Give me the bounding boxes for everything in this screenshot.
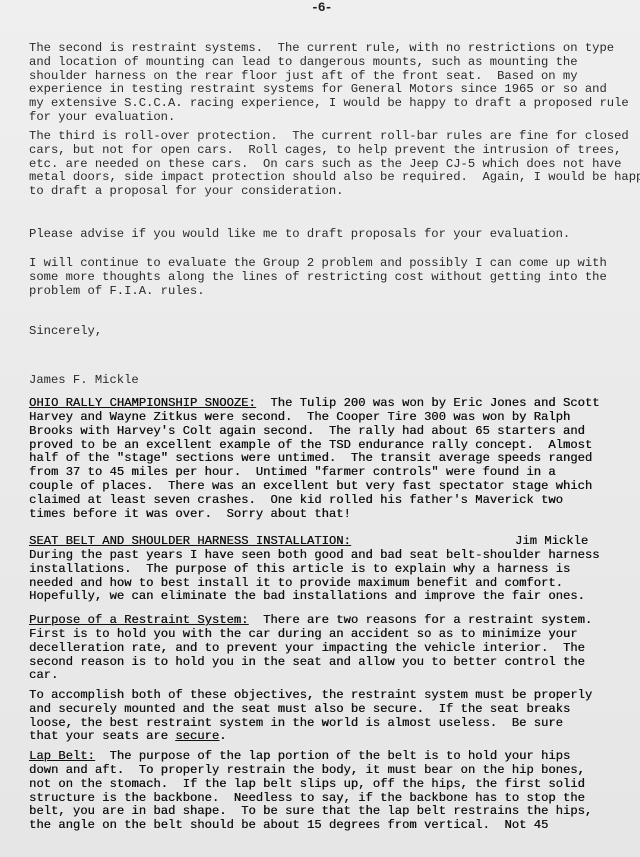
secure-emphasis: secure bbox=[175, 729, 219, 743]
ohio-rally-section: OHIO RALLY CHAMPIONSHIP SNOOZE: The Tuli… bbox=[29, 397, 599, 411]
lap-belt-body: down and aft. To properly restrain the b… bbox=[29, 764, 592, 833]
ohio-rally-body: Harvey and Wayne Zitkus were second. The… bbox=[29, 411, 592, 521]
lap-belt-first-line: The purpose of the lap portion of the be… bbox=[95, 749, 570, 763]
ohio-rally-first-line: The Tulip 200 was won by Eric Jones and … bbox=[256, 396, 600, 410]
purpose-section: Purpose of a Restraint System: There are… bbox=[29, 614, 592, 628]
lap-belt-section: Lap Belt: The purpose of the lap portion… bbox=[29, 750, 570, 764]
accomplish-text: To accomplish both of these objectives, … bbox=[29, 688, 592, 743]
letter-signature: James F. Mickle bbox=[29, 374, 139, 388]
accomplish-end: . bbox=[219, 729, 226, 743]
letter-paragraph-rollover: The third is roll-over protection. The c… bbox=[29, 130, 640, 199]
purpose-body: First is to hold you with the car during… bbox=[29, 628, 585, 683]
ohio-rally-heading: OHIO RALLY CHAMPIONSHIP SNOOZE: bbox=[29, 396, 256, 410]
purpose-heading: Purpose of a Restraint System: bbox=[29, 613, 248, 627]
accomplish-paragraph: To accomplish both of these objectives, … bbox=[29, 689, 592, 744]
letter-paragraph-advise: Please advise if you would like me to dr… bbox=[29, 228, 570, 242]
seat-belt-intro: During the past years I have seen both g… bbox=[29, 549, 599, 604]
document-page: -6- The second is restraint systems. The… bbox=[0, 0, 640, 857]
lap-belt-heading: Lap Belt: bbox=[29, 749, 95, 763]
seat-belt-author: Jim Mickle bbox=[515, 535, 588, 549]
letter-paragraph-group2: I will continue to evaluate the Group 2 … bbox=[29, 257, 607, 298]
letter-paragraph-restraint: The second is restraint systems. The cur… bbox=[29, 42, 629, 125]
purpose-first-line: There are two reasons for a restraint sy… bbox=[248, 613, 592, 627]
letter-closing: Sincerely, bbox=[29, 325, 102, 339]
seat-belt-heading-text: SEAT BELT AND SHOULDER HARNESS INSTALLAT… bbox=[29, 534, 351, 548]
page-number: -6- bbox=[311, 0, 331, 15]
seat-belt-heading: SEAT BELT AND SHOULDER HARNESS INSTALLAT… bbox=[29, 535, 351, 549]
